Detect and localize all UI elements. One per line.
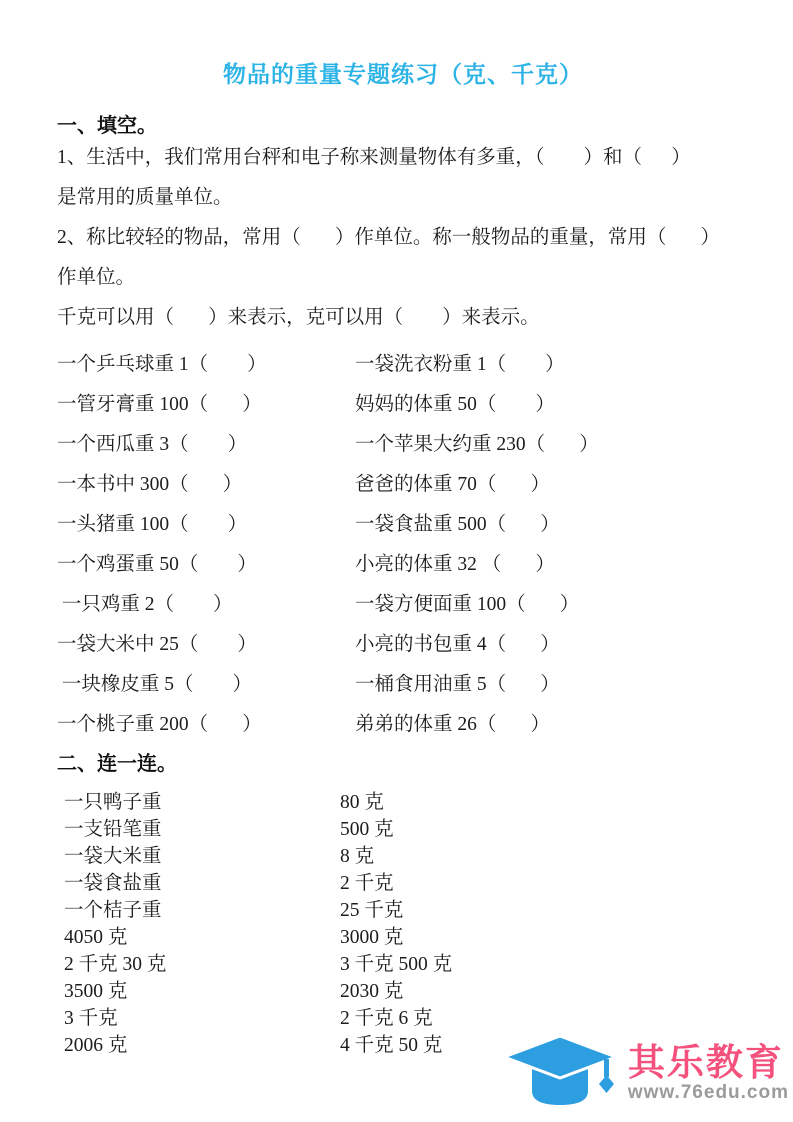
- fill-item-left: 一管牙膏重 100（ ）: [57, 388, 355, 416]
- fill-item-right: 一袋食盐重 500（ ）: [355, 508, 749, 536]
- fill-item-left: 一本书中 300（ ）: [57, 468, 355, 496]
- fill-item-left: 一袋大米中 25（ ）: [57, 628, 355, 656]
- match-item-right: 80 克: [340, 786, 749, 814]
- match-item-left: 3 千克: [64, 1002, 340, 1030]
- question-line: 作单位。: [57, 258, 749, 298]
- match-item-right: 2 千克: [340, 867, 749, 895]
- fill-row: 一个乒乓球重 1（ ） 一袋洗衣粉重 1（ ）: [57, 342, 749, 382]
- fill-item-left: 一块橡皮重 5（ ）: [57, 668, 355, 696]
- fill-row: 一个桃子重 200（ ） 弟弟的体重 26（ ）: [57, 702, 749, 742]
- match-row: 一只鸭子重 80 克: [64, 786, 749, 813]
- fill-item-left: 一个西瓜重 3（ ）: [57, 428, 355, 456]
- graduation-cap-icon: [498, 1031, 620, 1116]
- fill-item-right: 小亮的体重 32 （ ）: [355, 548, 749, 576]
- section2-heading: 二、连一连。: [57, 752, 749, 776]
- match-row: 4050 克 3000 克: [64, 921, 749, 948]
- question-line: 是常用的质量单位。: [57, 178, 749, 218]
- matching-items: 一只鸭子重 80 克 一支铅笔重 500 克 一袋大米重 8 克 一袋食盐重 2…: [57, 786, 749, 1056]
- match-item-right: 3 千克 500 克: [340, 948, 749, 976]
- match-item-right: 3000 克: [340, 921, 749, 949]
- fill-row: 一头猪重 100（ ） 一袋食盐重 500（ ）: [57, 502, 749, 542]
- fill-item-right: 爸爸的体重 70（ ）: [355, 468, 749, 496]
- page-title: 物品的重量专题练习（克、千克）: [57, 60, 749, 88]
- fill-item-right: 一袋方便面重 100（ ）: [355, 588, 749, 616]
- match-row: 2 千克 30 克 3 千克 500 克: [64, 948, 749, 975]
- match-item-left: 一支铅笔重: [64, 813, 340, 841]
- match-item-right: 8 克: [340, 840, 749, 868]
- fill-item-left: 一个乒乓球重 1（ ）: [57, 348, 355, 376]
- match-item-left: 3500 克: [64, 975, 340, 1003]
- fill-item-left: 一头猪重 100（ ）: [57, 508, 355, 536]
- match-item-right: 500 克: [340, 813, 749, 841]
- match-item-right: 2 千克 6 克: [340, 1002, 749, 1030]
- fill-row: 一个鸡蛋重 50（ ） 小亮的体重 32 （ ）: [57, 542, 749, 582]
- match-item-right: 25 千克: [340, 894, 749, 922]
- fill-row: 一本书中 300（ ） 爸爸的体重 70（ ）: [57, 462, 749, 502]
- question-line: 2、称比较轻的物品，常用（ ）作单位。称一般物品的重量，常用（ ）: [57, 218, 749, 258]
- question-line: 千克可以用（ ）来表示，克可以用（ ）来表示。: [57, 298, 749, 338]
- match-item-left: 一袋大米重: [64, 840, 340, 868]
- match-row: 一袋食盐重 2 千克: [64, 867, 749, 894]
- section1-heading: 一、填空。: [57, 114, 749, 138]
- logo-website-url: www.76edu.com: [628, 1082, 789, 1103]
- fill-item-right: 一袋洗衣粉重 1（ ）: [355, 348, 749, 376]
- fill-item-right: 小亮的书包重 4（ ）: [355, 628, 749, 656]
- match-row: 一个桔子重 25 千克: [64, 894, 749, 921]
- fill-row: 一只鸡重 2（ ） 一袋方便面重 100（ ）: [57, 582, 749, 622]
- fill-row: 一管牙膏重 100（ ） 妈妈的体重 50（ ）: [57, 382, 749, 422]
- question-line: 1、生活中，我们常用台秤和电子称来测量物体有多重，（ ）和（ ）: [57, 138, 749, 178]
- fill-row: 一块橡皮重 5（ ） 一桶食用油重 5（ ）: [57, 662, 749, 702]
- fill-in-items: 一个乒乓球重 1（ ） 一袋洗衣粉重 1（ ） 一管牙膏重 100（ ） 妈妈的…: [57, 342, 749, 742]
- fill-row: 一个西瓜重 3（ ） 一个苹果大约重 230（ ）: [57, 422, 749, 462]
- fill-item-left: 一个桃子重 200（ ）: [57, 708, 355, 736]
- match-row: 3 千克 2 千克 6 克: [64, 1002, 749, 1029]
- fill-row: 一袋大米中 25（ ） 小亮的书包重 4（ ）: [57, 622, 749, 662]
- logo-text-block: 其乐教育 www.76edu.com: [628, 1044, 789, 1103]
- match-row: 一袋大米重 8 克: [64, 840, 749, 867]
- publisher-logo: 其乐教育 www.76edu.com: [498, 1031, 789, 1116]
- fill-item-right: 一个苹果大约重 230（ ）: [355, 428, 749, 456]
- logo-brand-name: 其乐教育: [628, 1044, 784, 1082]
- match-item-left: 2006 克: [64, 1029, 340, 1057]
- fill-item-right: 弟弟的体重 26（ ）: [355, 708, 749, 736]
- match-item-right: 2030 克: [340, 975, 749, 1003]
- fill-item-left: 一只鸡重 2（ ）: [57, 588, 355, 616]
- worksheet-content: 物品的重量专题练习（克、千克） 一、填空。 1、生活中，我们常用台秤和电子称来测…: [0, 0, 793, 1056]
- match-item-left: 2 千克 30 克: [64, 948, 340, 976]
- worksheet-page: 物品的重量专题练习（克、千克） 一、填空。 1、生活中，我们常用台秤和电子称来测…: [0, 0, 793, 1122]
- match-item-left: 一袋食盐重: [64, 867, 340, 895]
- match-row: 一支铅笔重 500 克: [64, 813, 749, 840]
- match-item-left: 一只鸭子重: [64, 786, 340, 814]
- fill-item-left: 一个鸡蛋重 50（ ）: [57, 548, 355, 576]
- match-item-left: 一个桔子重: [64, 894, 340, 922]
- fill-item-right: 一桶食用油重 5（ ）: [355, 668, 749, 696]
- fill-item-right: 妈妈的体重 50（ ）: [355, 388, 749, 416]
- match-row: 3500 克 2030 克: [64, 975, 749, 1002]
- match-item-left: 4050 克: [64, 921, 340, 949]
